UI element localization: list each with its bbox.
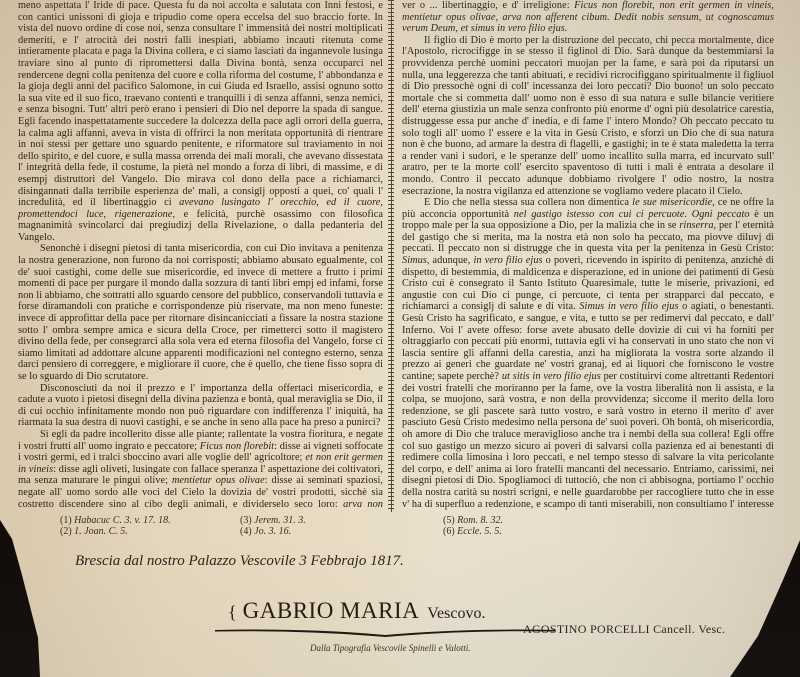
bishop-title: Vescovo. — [427, 605, 485, 622]
footnote-reference: Habacuc C. 3. v. 17. 18. — [74, 515, 170, 526]
footnote-reference: Jerem. 31. 3. — [254, 515, 306, 526]
footnote-number: (3) — [240, 515, 254, 526]
seal-brace-icon: { — [228, 602, 237, 622]
right-paragraph: Il figlio di Dio è morto per la distruzi… — [402, 35, 774, 197]
body-text: o agiati, o benestanti. Gesù Cristo ha s… — [402, 301, 774, 382]
body-text: libertinaggio, e d' irreligione: — [437, 0, 574, 11]
left-text-column: meno aspettata l' Iride di pace. Questa … — [18, 0, 383, 510]
body-text: , adunque, — [427, 255, 474, 266]
body-text: Disconosciuti da noi il prezzo e l' impo… — [18, 383, 383, 429]
body-text: Il figlio di Dio è morto per la distruzi… — [402, 35, 774, 197]
footnotes-group-1: (1) Habacuc C. 3. v. 17. 18.(2) 1. Joan.… — [60, 515, 171, 537]
bishop-signature: {GABRIO MARIAVescovo. — [228, 598, 485, 624]
footnote-reference: Jo. 3. 16. — [254, 526, 291, 537]
latin-quotation: le sue misericordie — [632, 197, 712, 208]
bishop-name: GABRIO MARIA — [243, 598, 420, 623]
footnote: (5) Rom. 8. 32. — [443, 515, 503, 526]
right-text-column: ver o ... libertinaggio, e d' irreligion… — [402, 0, 774, 510]
footnote-number: (4) — [240, 526, 254, 537]
footnotes-group-2: (3) Jerem. 31. 3.(4) Jo. 3. 16. — [240, 515, 306, 537]
right-paragraph: E Dio che nella stessa sua collera non d… — [402, 197, 774, 510]
ornamental-rule-divider — [215, 624, 555, 638]
body-text: Senonchè i disegni pietosi di tanta mise… — [18, 243, 383, 382]
footnotes-group-3: (5) Rom. 8. 32.(6) Eccle. 5. 5. — [443, 515, 503, 537]
column-divider-rule — [388, 0, 394, 512]
footnote: (2) 1. Joan. C. 5. — [60, 526, 171, 537]
footnote: (1) Habacuc C. 3. v. 17. 18. — [60, 515, 171, 526]
footnote-reference: 1. Joan. C. 5. — [74, 526, 128, 537]
body-text: E Dio che nella stessa sua collera non d… — [424, 197, 632, 208]
left-paragraph: Senonchè i disegni pietosi di tanta mise… — [18, 243, 383, 382]
latin-quotation: mentietur opus olivae — [172, 475, 265, 486]
dateline: Brescia dal nostro Palazzo Vescovile 3 F… — [75, 553, 404, 570]
latin-quotation: Simus — [402, 255, 427, 266]
left-paragraph: Sì egli da padre incollerito disse alle … — [18, 429, 383, 510]
latin-quotation: Simus in vero filio ejus — [579, 301, 678, 312]
footnote-number: (1) — [60, 515, 74, 526]
latin-quotation: rinserra — [679, 220, 713, 231]
footnote-reference: Rom. 8. 32. — [457, 515, 503, 526]
body-text: ver o ... — [402, 0, 437, 11]
footnote-number: (5) — [443, 515, 457, 526]
footnote: (4) Jo. 3. 16. — [240, 526, 306, 537]
latin-quotation: in vero filio ejus — [474, 255, 543, 266]
latin-quotation: ut sitis in vero filio ejus — [502, 371, 601, 382]
document-sheet: meno aspettata l' Iride di pace. Questa … — [0, 0, 800, 677]
printer-imprint: Dalla Tipografia Vescovile Spinelli e Va… — [310, 643, 471, 653]
left-paragraph: meno aspettata l' Iride di pace. Questa … — [18, 0, 383, 243]
footnote: (3) Jerem. 31. 3. — [240, 515, 306, 526]
latin-quotation: nel gastigo istesso con cui ci percuote.… — [514, 209, 750, 220]
body-text: per costituirvi come altrettanti Redento… — [402, 371, 774, 510]
footnote: (6) Eccle. 5. 5. — [443, 526, 503, 537]
right-paragraph: ver o ... libertinaggio, e d' irreligion… — [402, 0, 774, 35]
footnote-reference: Eccle. 5. 5. — [457, 526, 502, 537]
page-edge-shadow-left — [0, 520, 40, 677]
latin-quotation: Ficus non florebit — [200, 441, 274, 452]
body-text: meno aspettata l' Iride di pace. Questa … — [18, 0, 383, 208]
page-edge-shadow-right — [730, 540, 800, 677]
footnote-number: (2) — [60, 526, 74, 537]
left-paragraph: Disconosciuti da noi il prezzo e l' impo… — [18, 383, 383, 429]
footnote-number: (6) — [443, 526, 457, 537]
